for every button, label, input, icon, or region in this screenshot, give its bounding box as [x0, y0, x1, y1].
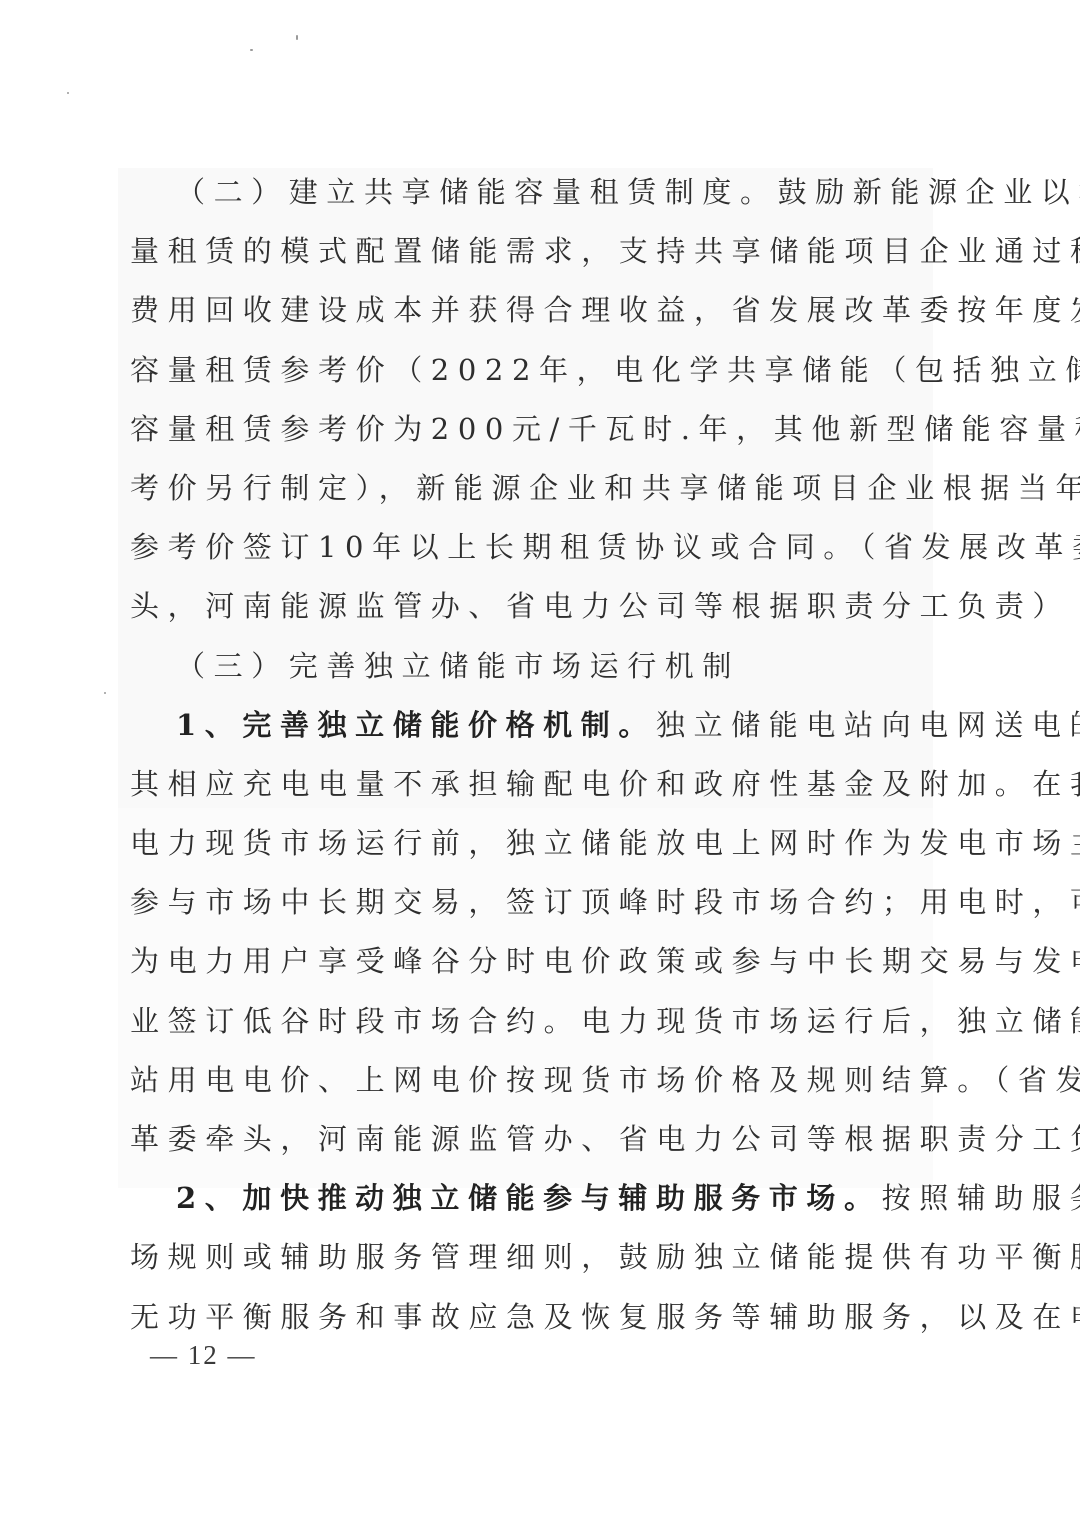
paragraph-line: 场规则或辅助服务管理细则，鼓励独立储能提供有功平衡服务、 — [130, 1228, 925, 1287]
paragraph-line: 考价另行制定），新能源企业和共享储能项目企业根据当年租赁 — [130, 459, 925, 518]
paragraph-line: 量租赁的模式配置储能需求，支持共享储能项目企业通过租赁 — [130, 222, 925, 281]
item-ancillary-services: 2、加快推动独立储能参与辅助服务市场。按照辅助服务市 场规则或辅助服务管理细则，… — [130, 1169, 925, 1347]
paragraph-line: 参与市场中长期交易，签订顶峰时段市场合约；用电时，可作 — [130, 873, 925, 932]
item-price-mechanism: 1、完善独立储能价格机制。独立储能电站向电网送电的， 其相应充电电量不承担输配电… — [130, 696, 925, 1170]
paragraph-line: 其相应充电电量不承担输配电价和政府性基金及附加。在我省 — [130, 755, 925, 814]
item-first-line: 2、加快推动独立储能参与辅助服务市场。按照辅助服务市 — [130, 1169, 925, 1228]
paragraph-line: 容量租赁参考价（2022年，电化学共享储能（包括独立储能） — [130, 341, 925, 400]
paragraph-line: 电力现货市场运行前，独立储能放电上网时作为发电市场主体 — [130, 814, 925, 873]
paragraph-line: （二）建立共享储能容量租赁制度。鼓励新能源企业以容 — [130, 163, 925, 222]
paragraph-line: 费用回收建设成本并获得合理收益，省发展改革委按年度发布 — [130, 281, 925, 340]
item-title: 2、加快推动独立储能参与辅助服务市场。 — [176, 1181, 882, 1215]
paragraph-line: 革委牵头，河南能源监管办、省电力公司等根据职责分工负责） — [130, 1110, 925, 1169]
item-text: 独立储能电站向电网送电的， — [656, 708, 1080, 742]
paragraph-line: 业签订低谷时段市场合约。电力现货市场运行后，独立储能电 — [130, 992, 925, 1051]
section-market-mechanism-heading: （三）完善独立储能市场运行机制 — [130, 637, 925, 696]
scan-speck — [67, 92, 69, 94]
item-text: 按照辅助服务市 — [882, 1181, 1080, 1215]
document-page: （二）建立共享储能容量租赁制度。鼓励新能源企业以容 量租赁的模式配置储能需求，支… — [130, 163, 925, 1347]
paragraph-line: 参考价签订10年以上长期租赁协议或合同。（省发展改革委牵 — [130, 518, 925, 577]
paragraph-line: 无功平衡服务和事故应急及恢复服务等辅助服务，以及在电网 — [130, 1288, 925, 1347]
paragraph-line: 站用电电价、上网电价按现货市场价格及规则结算。（省发展改 — [130, 1051, 925, 1110]
page-number: — 12 — — [150, 1340, 257, 1371]
section-capacity-leasing: （二）建立共享储能容量租赁制度。鼓励新能源企业以容 量租赁的模式配置储能需求，支… — [130, 163, 925, 637]
paragraph-line: 容量租赁参考价为200元/千瓦时.年，其他新型储能容量租赁参 — [130, 400, 925, 459]
section-heading: （三）完善独立储能市场运行机制 — [130, 637, 925, 696]
paragraph-line: 为电力用户享受峰谷分时电价政策或参与中长期交易与发电企 — [130, 932, 925, 991]
item-title: 1、完善独立储能价格机制。 — [176, 708, 656, 742]
item-first-line: 1、完善独立储能价格机制。独立储能电站向电网送电的， — [130, 696, 925, 755]
scan-speck — [296, 35, 298, 40]
paragraph-line: 头，河南能源监管办、省电力公司等根据职责分工负责） — [130, 577, 925, 636]
scan-speck — [104, 692, 106, 694]
scan-speck — [250, 49, 253, 51]
